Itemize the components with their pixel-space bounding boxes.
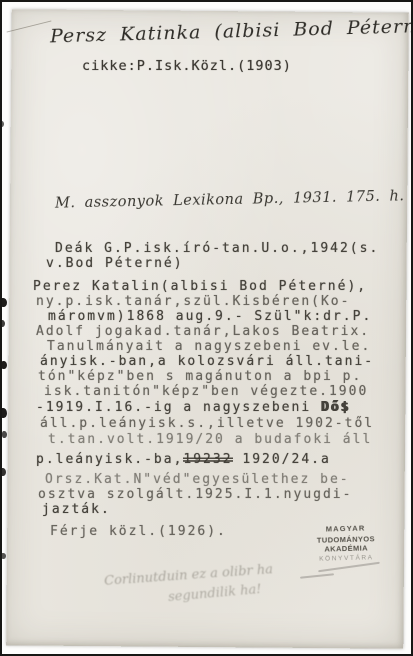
scan-speck xyxy=(1,361,7,369)
scan-speck xyxy=(1,553,6,559)
typed-line: osztva szolgált.1925.I.1.nyugdi- xyxy=(38,487,352,502)
scan-speck xyxy=(2,431,7,438)
typed-line: Férje közl.(1926). xyxy=(50,524,227,539)
typed-line: v.Bod Péterné) xyxy=(46,256,184,271)
typed-line: tón"képz"ben s magánuton a bpi p. xyxy=(38,369,362,384)
typed-line: p.leányisk.-ba,19232 1920/24.a xyxy=(36,452,331,467)
typed-line: ny.p.isk.tanár,szül.Kisbéren(Ko- xyxy=(36,294,350,309)
scan-speck xyxy=(0,468,6,476)
typed-line-text: p.leányisk.-ba, xyxy=(36,452,183,467)
typed-line: Orsz.Kat.N"véd"egyesülethez be- xyxy=(45,472,350,487)
typed-line: isk.tanitón"képz"ben végezte.1900 xyxy=(44,384,368,399)
scan-speck xyxy=(0,121,4,127)
typed-line: jazták. xyxy=(42,502,111,517)
typed-line: Deák G.P.isk.író-tan.U.o.,1942(s. xyxy=(55,241,379,256)
overstruck-characters: Dő$ xyxy=(321,400,350,415)
typed-line: máromvm)1868 aug.9.- Szül"k:dr.P. xyxy=(48,309,372,324)
typed-line-text: 1920/24.a xyxy=(233,452,331,467)
typed-line: Adolf jogakad.tanár,Lakos Beatrix. xyxy=(36,324,370,339)
typed-line: t.tan.volt.1919/20 a budafoki áll xyxy=(48,432,372,447)
typed-line: Perez Katalin(albisi Bod Péterné), xyxy=(33,279,367,294)
scan-speck xyxy=(0,320,5,327)
stamp-line: MAGYAR xyxy=(296,523,396,535)
typed-subtitle: cikke:P.Isk.Közl.(1903) xyxy=(82,58,292,74)
library-stamp: MAGYAR TUDOMÁNYOS AKADÉMIA KÖNYVTÁRA xyxy=(296,523,397,564)
stamp-line: TUDOMÁNYOS AKADÉMIA xyxy=(296,534,396,555)
scan-speck xyxy=(0,298,7,307)
typed-line: -1919.I.16.-ig a nagyszebeni Dő$ xyxy=(36,400,350,415)
typed-line: ányisk.-ban,a kolozsvári áll.tani- xyxy=(40,354,374,369)
crossed-out-text: 19232 xyxy=(183,452,232,467)
typed-line: áll.p.leányisk.s.,illetve 1902-től xyxy=(40,416,374,431)
typed-line: Tanulmányait a nagyszebeni ev.le. xyxy=(47,339,371,354)
scan-speck xyxy=(0,408,7,418)
typed-line-text: -1919.I.16.-ig a nagyszebeni xyxy=(36,400,321,415)
